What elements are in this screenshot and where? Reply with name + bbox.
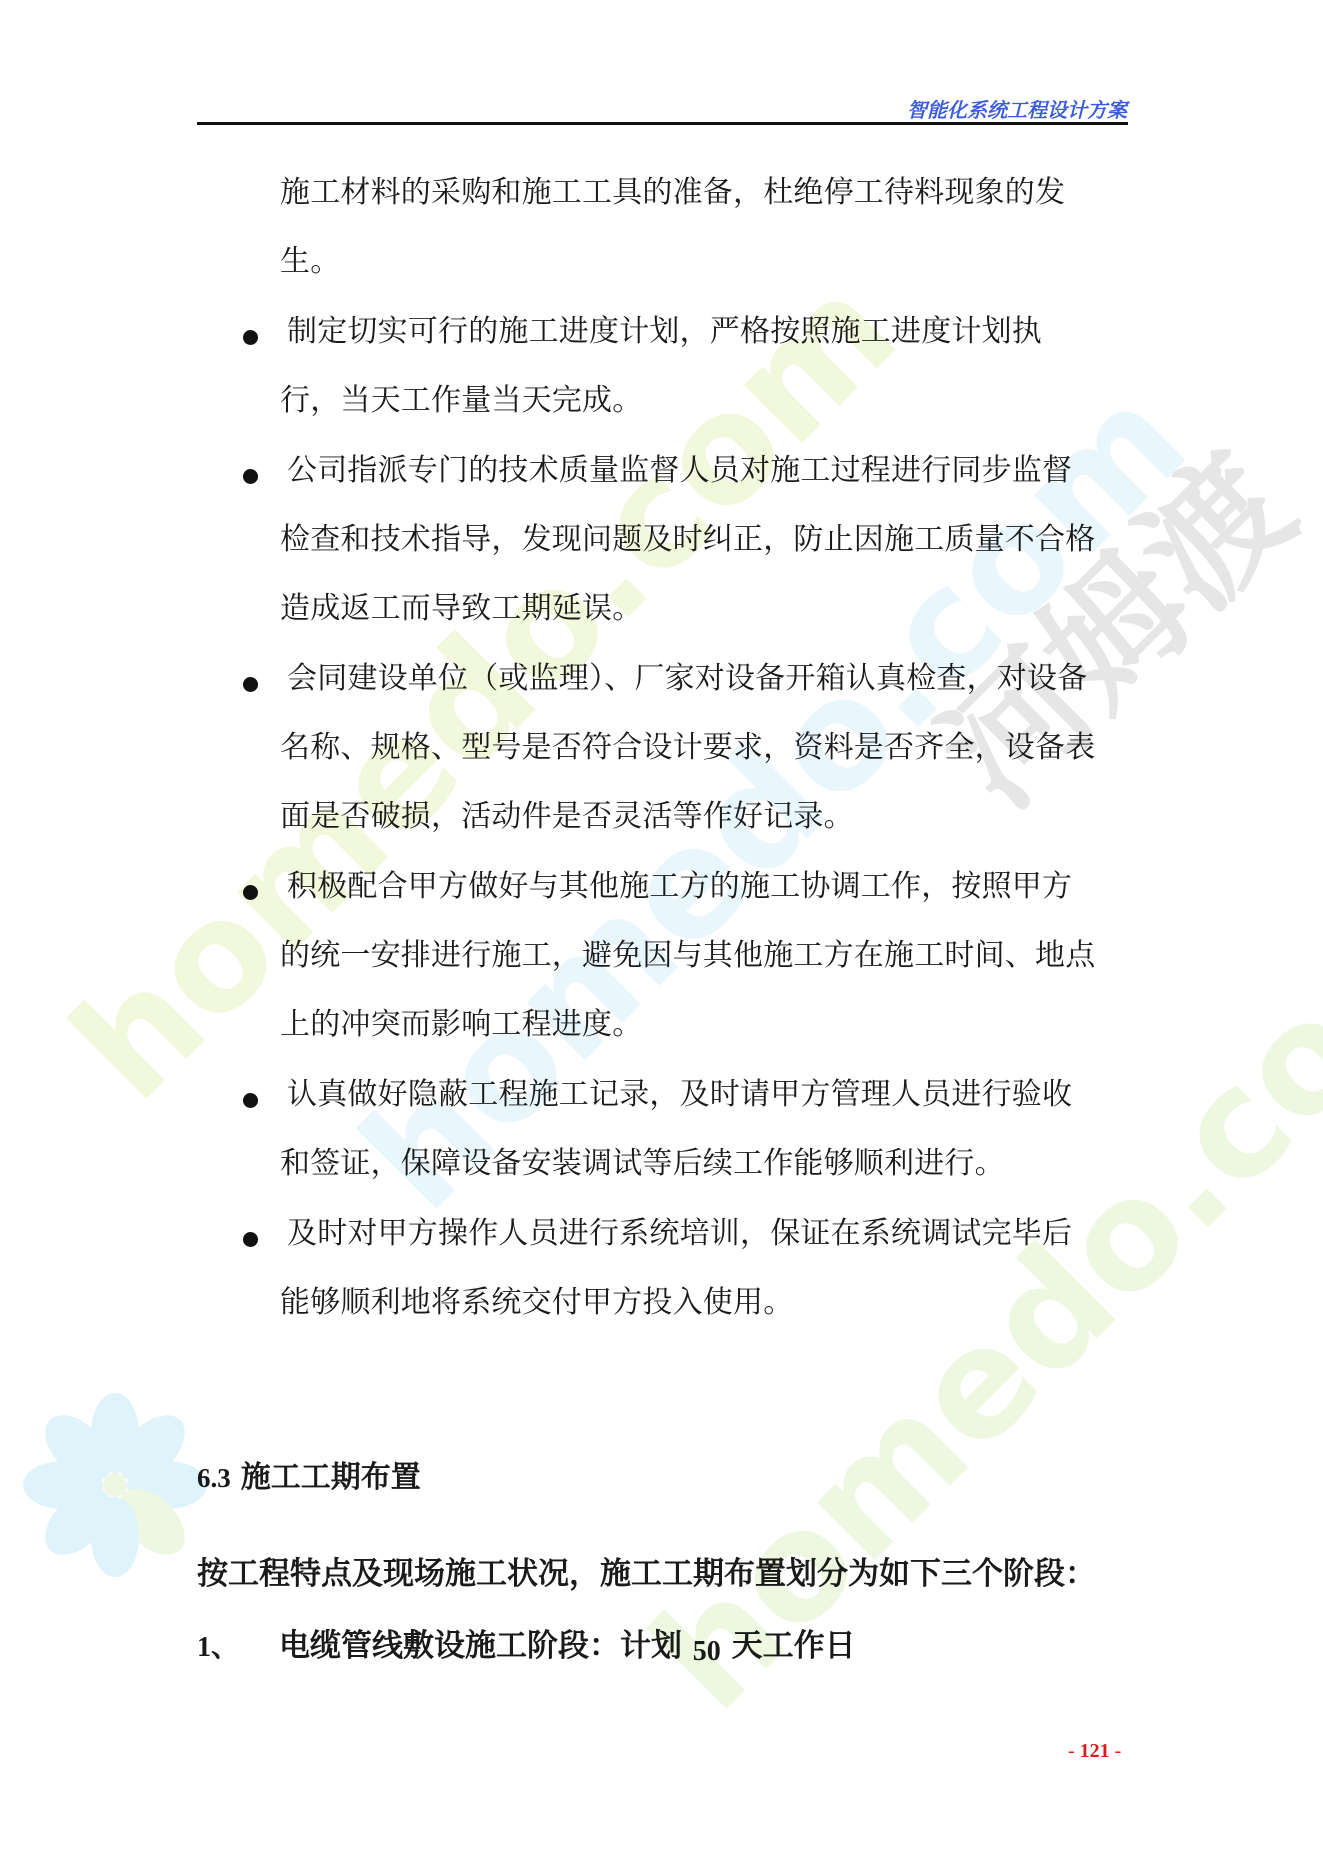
phase-item: 1、电缆管线敷设施工阶段：计划 50 天工作日 (197, 1620, 856, 1665)
bullet-line: 公司指派专门的技术质量监督人员对施工过程进行同步监督 (287, 453, 1072, 489)
header-divider (197, 122, 1128, 125)
bullet-line: 认真做好隐蔽工程施工记录，及时请甲方管理人员进行验收 (287, 1077, 1072, 1113)
bullet-icon (243, 677, 258, 692)
bullet-line: 积极配合甲方做好与其他施工方的施工协调工作，按照甲方 (287, 869, 1072, 905)
bullet-line: 会同建设单位（或监理）、厂家对设备开箱认真检查，对设备 (287, 661, 1087, 697)
page-dash-right: - (1115, 1740, 1122, 1762)
text-line: 施工材料的采购和施工工具的准备，杜绝停工待料现象的发 (280, 175, 1065, 211)
section-title: 施工工期布置 (241, 1460, 421, 1495)
text-line: 的统一安排进行施工，避免因与其他施工方在施工时间、地点 (280, 938, 1095, 974)
text-line: 面是否破损，活动件是否灵活等作好记录。 (280, 799, 854, 835)
running-header-title: 智能化系统工程设计方案 (907, 94, 1127, 123)
page-number: - 121 - (1068, 1740, 1121, 1763)
phase-index: 1、 (197, 1625, 279, 1665)
text-line: 造成返工而导致工期延误。 (280, 591, 642, 627)
text-line: 检查和技术指导，发现问题及时纠正，防止因施工质量不合格 (280, 522, 1095, 558)
bullet-icon (243, 1232, 258, 1247)
bullet-icon (243, 885, 258, 900)
phase-label: 电缆管线敷设施工阶段：计划 (279, 1628, 682, 1664)
page-number-value: 121 (1080, 1740, 1110, 1762)
section-heading: 6.3施工工期布置 (197, 1452, 421, 1496)
page-dash-left: - (1068, 1740, 1075, 1762)
bullet-line: 制定切实可行的施工进度计划，严格按照施工进度计划执 (287, 314, 1042, 350)
phase-days: 50 (693, 1636, 721, 1667)
section-intro: 按工程特点及现场施工状况，施工工期布置划分为如下三个阶段： (197, 1548, 1096, 1593)
bullet-icon (243, 469, 258, 484)
text-line: 生。 (280, 244, 340, 280)
flower-logo-icon (15, 1385, 215, 1585)
phase-label-suffix: 天工作日 (732, 1628, 856, 1664)
section-number: 6.3 (197, 1463, 231, 1493)
bullet-icon (243, 1093, 258, 1108)
bullet-line: 及时对甲方操作人员进行系统培训，保证在系统调试完毕后 (287, 1216, 1072, 1252)
text-line: 行，当天工作量当天完成。 (280, 383, 642, 419)
text-line: 上的冲突而影响工程进度。 (280, 1007, 642, 1043)
text-line: 和签证，保障设备安装调试等后续工作能够顺利进行。 (280, 1146, 1005, 1182)
text-line: 能够顺利地将系统交付甲方投入使用。 (280, 1285, 793, 1321)
text-line: 名称、规格、型号是否符合设计要求，资料是否齐全，设备表 (280, 730, 1095, 766)
bullet-icon (243, 330, 258, 345)
